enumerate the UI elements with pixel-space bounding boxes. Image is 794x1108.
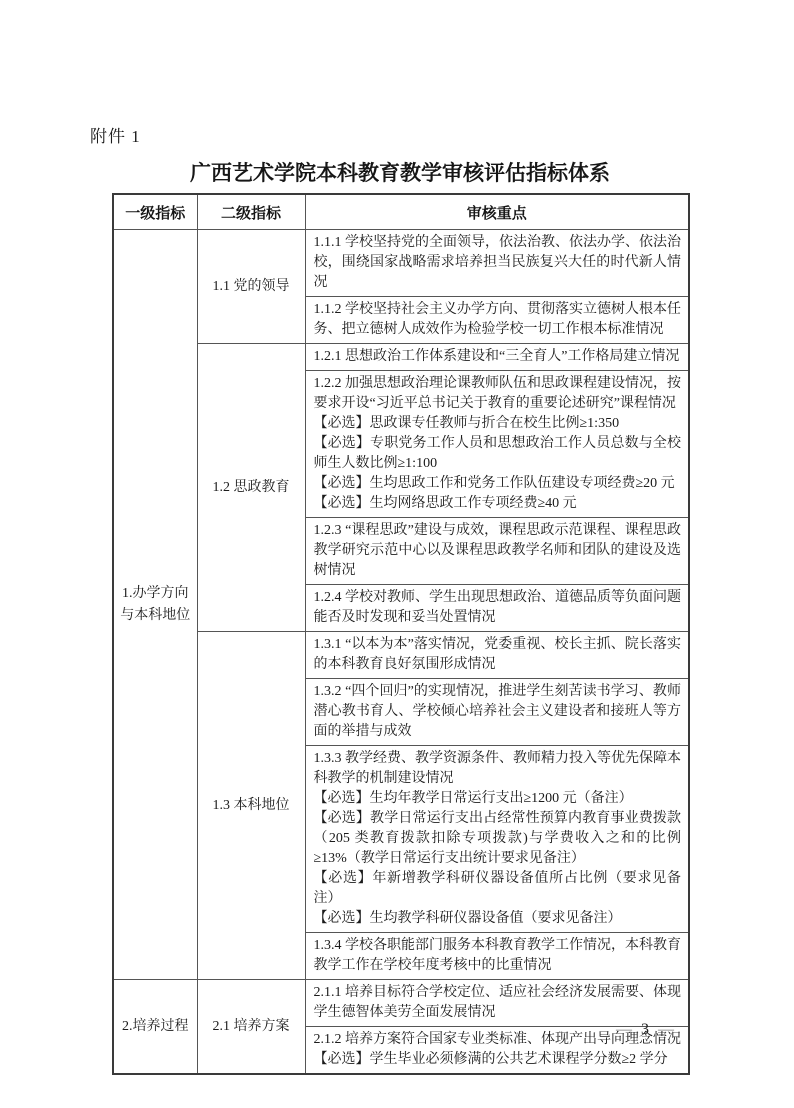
indicator-table: 一级指标 二级指标 审核重点 1.办学方向与本科地位 1.1 党的领导 1.1.… — [112, 193, 690, 1075]
focus-para: 2.1.1 培养目标符合学校定位、适应社会经济发展需要、体现学生德智体美劳全面发… — [314, 983, 682, 1023]
focus-para: 【必选】生均网络思政工作专项经费≥40 元 — [314, 494, 682, 514]
indicator-table-wrap: 一级指标 二级指标 审核重点 1.办学方向与本科地位 1.1 党的领导 1.1.… — [112, 193, 688, 1075]
focus-para: 1.2.2 加强思想政治理论课教师队伍和思政课程建设情况，按要求开设“习近平总书… — [314, 374, 682, 414]
document-page: 附件 1 广西艺术学院本科教育教学审核评估指标体系 一级指标 二级指标 审核重点… — [0, 0, 794, 1108]
focus-cell: 1.3.1 “以本为本”落实情况，党委重视、校长主抓、院长落实的本科教育良好氛围… — [305, 632, 689, 679]
focus-para: 【必选】专职党务工作人员和思想政治工作人员总数与全校师生人数比例≥1:100 — [314, 434, 682, 474]
page-number-dash-right: — — [649, 1021, 683, 1038]
focus-para: 1.3.3 教学经费、教学资源条件、教师精力投入等优先保障本科教学的机制建设情况 — [314, 749, 682, 789]
focus-para: 1.2.3 “课程思政”建设与成效，课程思政示范课程、课程思政教学研究示范中心以… — [314, 521, 682, 581]
focus-cell: 1.2.1 思想政治工作体系建设和“三全育人”工作格局建立情况 — [305, 344, 689, 371]
focus-para: 【必选】生均教学科研仪器设备值（要求见备注） — [314, 909, 682, 929]
focus-cell: 1.2.3 “课程思政”建设与成效，课程思政示范课程、课程思政教学研究示范中心以… — [305, 518, 689, 585]
level2-cell: 2.1 培养方案 — [197, 980, 305, 1075]
level1-cell: 1.办学方向与本科地位 — [113, 230, 197, 980]
attachment-label: 附件 1 — [90, 122, 141, 147]
header-level1: 一级指标 — [113, 194, 197, 230]
focus-para: 1.3.2 “四个回归”的实现情况，推进学生刻苦读书学习、教师潜心教书育人、学校… — [314, 682, 682, 742]
header-focus: 审核重点 — [305, 194, 689, 230]
focus-cell: 2.1.1 培养目标符合学校定位、适应社会经济发展需要、体现学生德智体美劳全面发… — [305, 980, 689, 1027]
table-row: 1.3 本科地位 1.3.1 “以本为本”落实情况，党委重视、校长主抓、院长落实… — [113, 632, 689, 679]
table-row: 1.2 思政教育 1.2.1 思想政治工作体系建设和“三全育人”工作格局建立情况 — [113, 344, 689, 371]
focus-cell: 1.1.2 学校坚持社会主义办学方向、贯彻落实立德树人根本任务、把立德树人成效作… — [305, 297, 689, 344]
page-number-dash-left: — — [607, 1021, 641, 1038]
page-number-value: 3 — [641, 1021, 649, 1038]
focus-para: 1.3.4 学校各职能部门服务本科教育教学工作情况，本科教育教学工作在学校年度考… — [314, 936, 682, 976]
page-number: —3— — [575, 1021, 715, 1039]
focus-cell: 1.3.2 “四个回归”的实现情况，推进学生刻苦读书学习、教师潜心教书育人、学校… — [305, 679, 689, 746]
level1-cell: 2.培养过程 — [113, 980, 197, 1075]
focus-para: 1.3.1 “以本为本”落实情况，党委重视、校长主抓、院长落实的本科教育良好氛围… — [314, 635, 682, 675]
level2-cell: 1.2 思政教育 — [197, 344, 305, 632]
focus-para: 1.1.1 学校坚持党的全面领导，依法治教、依法办学、依法治校，围绕国家战略需求… — [314, 233, 682, 293]
level2-cell: 1.1 党的领导 — [197, 230, 305, 344]
document-title: 广西艺术学院本科教育教学审核评估指标体系 — [112, 157, 688, 187]
focus-para: 【必选】教学日常运行支出占经常性预算内教育事业费拨款（205 类教育拨款扣除专项… — [314, 809, 682, 869]
table-row: 1.办学方向与本科地位 1.1 党的领导 1.1.1 学校坚持党的全面领导，依法… — [113, 230, 689, 297]
header-level2: 二级指标 — [197, 194, 305, 230]
focus-cell: 1.3.3 教学经费、教学资源条件、教师精力投入等优先保障本科教学的机制建设情况… — [305, 746, 689, 933]
level2-cell: 1.3 本科地位 — [197, 632, 305, 980]
focus-para: 【必选】思政课专任教师与折合在校生比例≥1:350 — [314, 414, 682, 434]
focus-para: 1.1.2 学校坚持社会主义办学方向、贯彻落实立德树人根本任务、把立德树人成效作… — [314, 300, 682, 340]
focus-para: 1.2.1 思想政治工作体系建设和“三全育人”工作格局建立情况 — [314, 347, 682, 367]
focus-para: 1.2.4 学校对教师、学生出现思想政治、道德品质等负面问题能否及时发现和妥当处… — [314, 588, 682, 628]
focus-para: 【必选】生均思政工作和党务工作队伍建设专项经费≥20 元 — [314, 474, 682, 494]
focus-cell: 1.1.1 学校坚持党的全面领导，依法治教、依法办学、依法治校，围绕国家战略需求… — [305, 230, 689, 297]
focus-para: 【必选】年新增教学科研仪器设备值所占比例（要求见备注） — [314, 869, 682, 909]
focus-para: 【必选】生均年教学日常运行支出≥1200 元（备注） — [314, 789, 682, 809]
focus-para: 【必选】学生毕业必须修满的公共艺术课程学分数≥2 学分 — [314, 1050, 682, 1070]
focus-cell: 1.2.2 加强思想政治理论课教师队伍和思政课程建设情况，按要求开设“习近平总书… — [305, 371, 689, 518]
focus-cell: 1.2.4 学校对教师、学生出现思想政治、道德品质等负面问题能否及时发现和妥当处… — [305, 585, 689, 632]
focus-cell: 1.3.4 学校各职能部门服务本科教育教学工作情况，本科教育教学工作在学校年度考… — [305, 933, 689, 980]
table-row: 2.培养过程 2.1 培养方案 2.1.1 培养目标符合学校定位、适应社会经济发… — [113, 980, 689, 1027]
header-row: 一级指标 二级指标 审核重点 — [113, 194, 689, 230]
